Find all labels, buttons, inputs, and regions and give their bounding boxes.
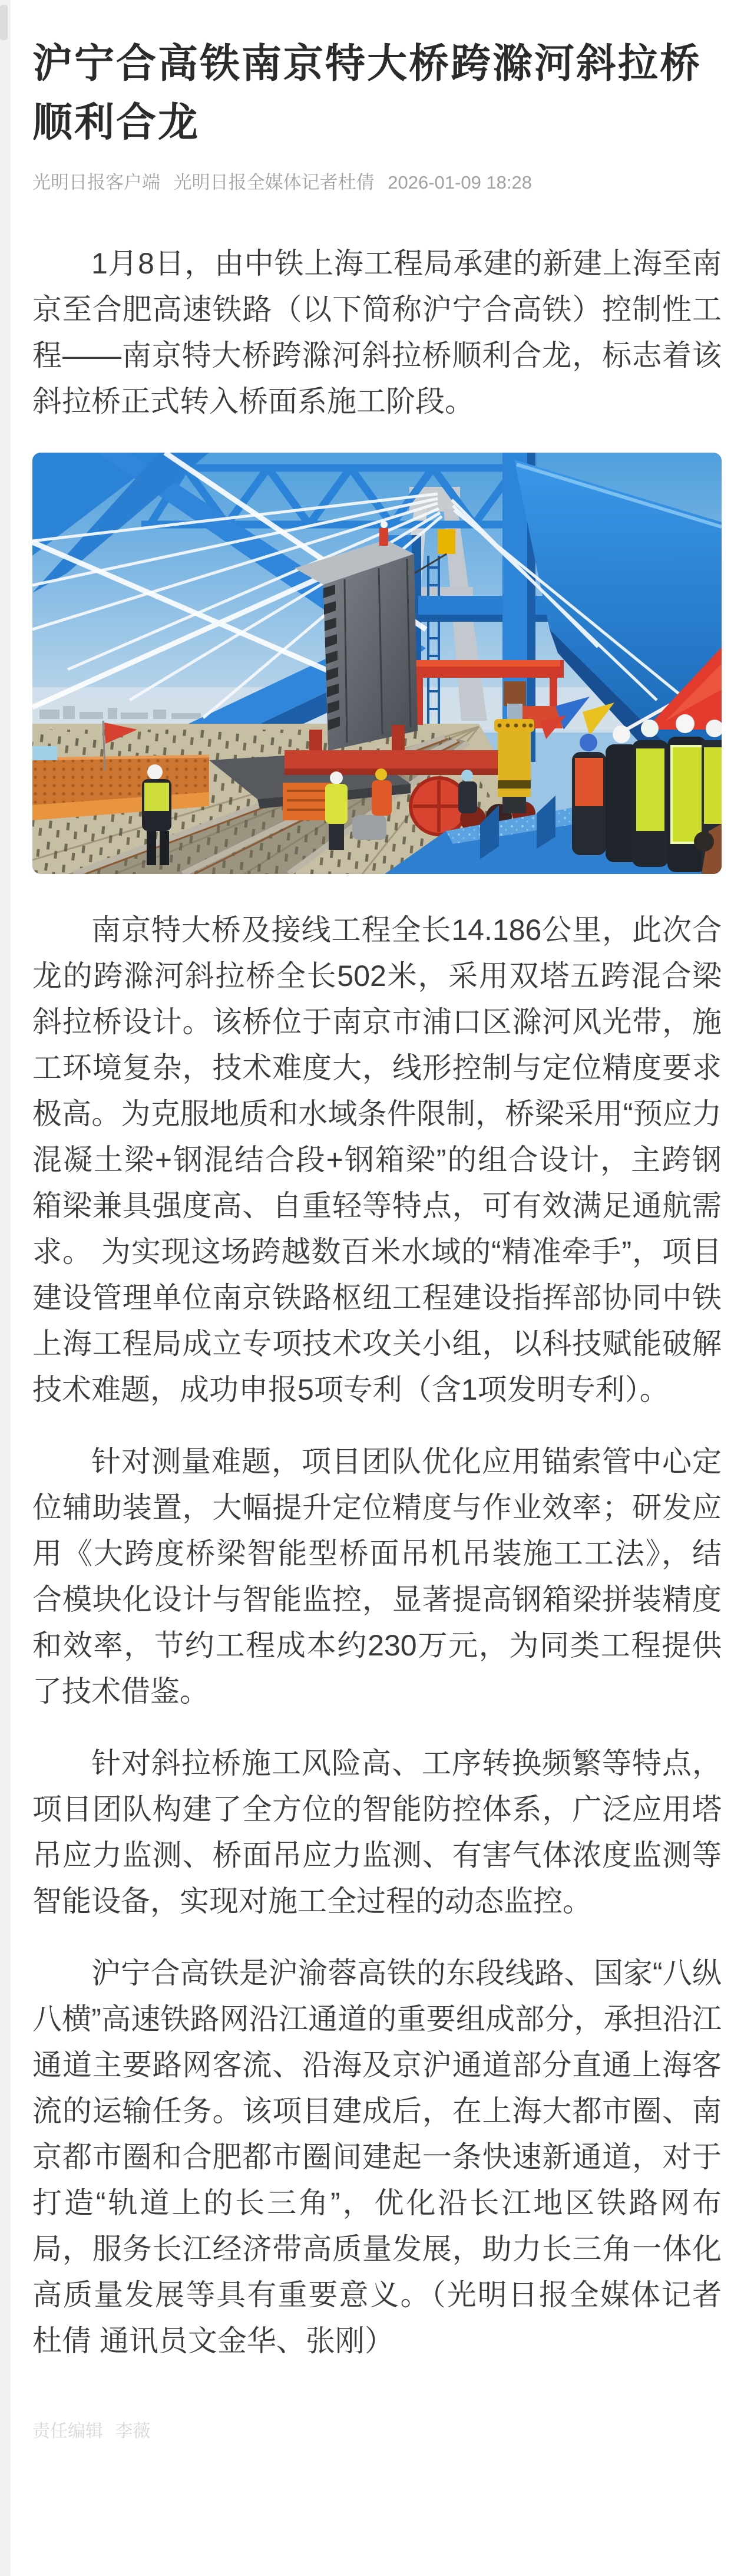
- scrollbar-thumb[interactable]: [0, 5, 8, 40]
- bridge-construction-photo: [32, 453, 722, 874]
- editor-label: 责任编辑: [32, 2422, 103, 2441]
- byline-source: 光明日报客户端: [32, 172, 160, 193]
- article-title: 沪宁合高铁南京特大桥跨滁河斜拉桥顺利合龙: [32, 34, 722, 152]
- article-body: 1月8日，由中铁上海工程局承建的新建上海至南京至合肥高速铁路（以下简称沪宁合高铁…: [32, 240, 722, 2364]
- article-byline: 光明日报客户端 光明日报全媒体记者杜倩 2026-01-09 18:28: [32, 171, 722, 194]
- article-paragraph: 针对测量难题，项目团队优化应用锚索管中心定位辅助装置，大幅提升定位精度与作业效率…: [32, 1439, 722, 1714]
- bridge-construction-illustration: [32, 453, 722, 874]
- article-paragraph: 南京特大桥及接线工程全长14.186公里，此次合龙的跨滁河斜拉桥全长502米，采…: [32, 907, 722, 1413]
- scrollbar-track[interactable]: [0, 0, 11, 2576]
- byline-datetime: 2026-01-09 18:28: [388, 172, 532, 193]
- editor-footer: 责任编辑 李薇: [32, 2420, 722, 2443]
- article-paragraph: 1月8日，由中铁上海工程局承建的新建上海至南京至合肥高速铁路（以下简称沪宁合高铁…: [32, 240, 722, 424]
- article-page: 沪宁合高铁南京特大桥跨滁河斜拉桥顺利合龙 光明日报客户端 光明日报全媒体记者杜倩…: [11, 0, 754, 2514]
- article-paragraph: 沪宁合高铁是沪渝蓉高铁的东段线路、国家“八纵八横”高速铁路网沿江通道的重要组成部…: [32, 1950, 722, 2364]
- article-paragraph: 针对斜拉桥施工风险高、工序转换频繁等特点，项目团队构建了全方位的智能防控体系，广…: [32, 1740, 722, 1924]
- byline-reporter: 光明日报全媒体记者杜倩: [174, 172, 375, 193]
- editor-name: 李薇: [115, 2422, 150, 2441]
